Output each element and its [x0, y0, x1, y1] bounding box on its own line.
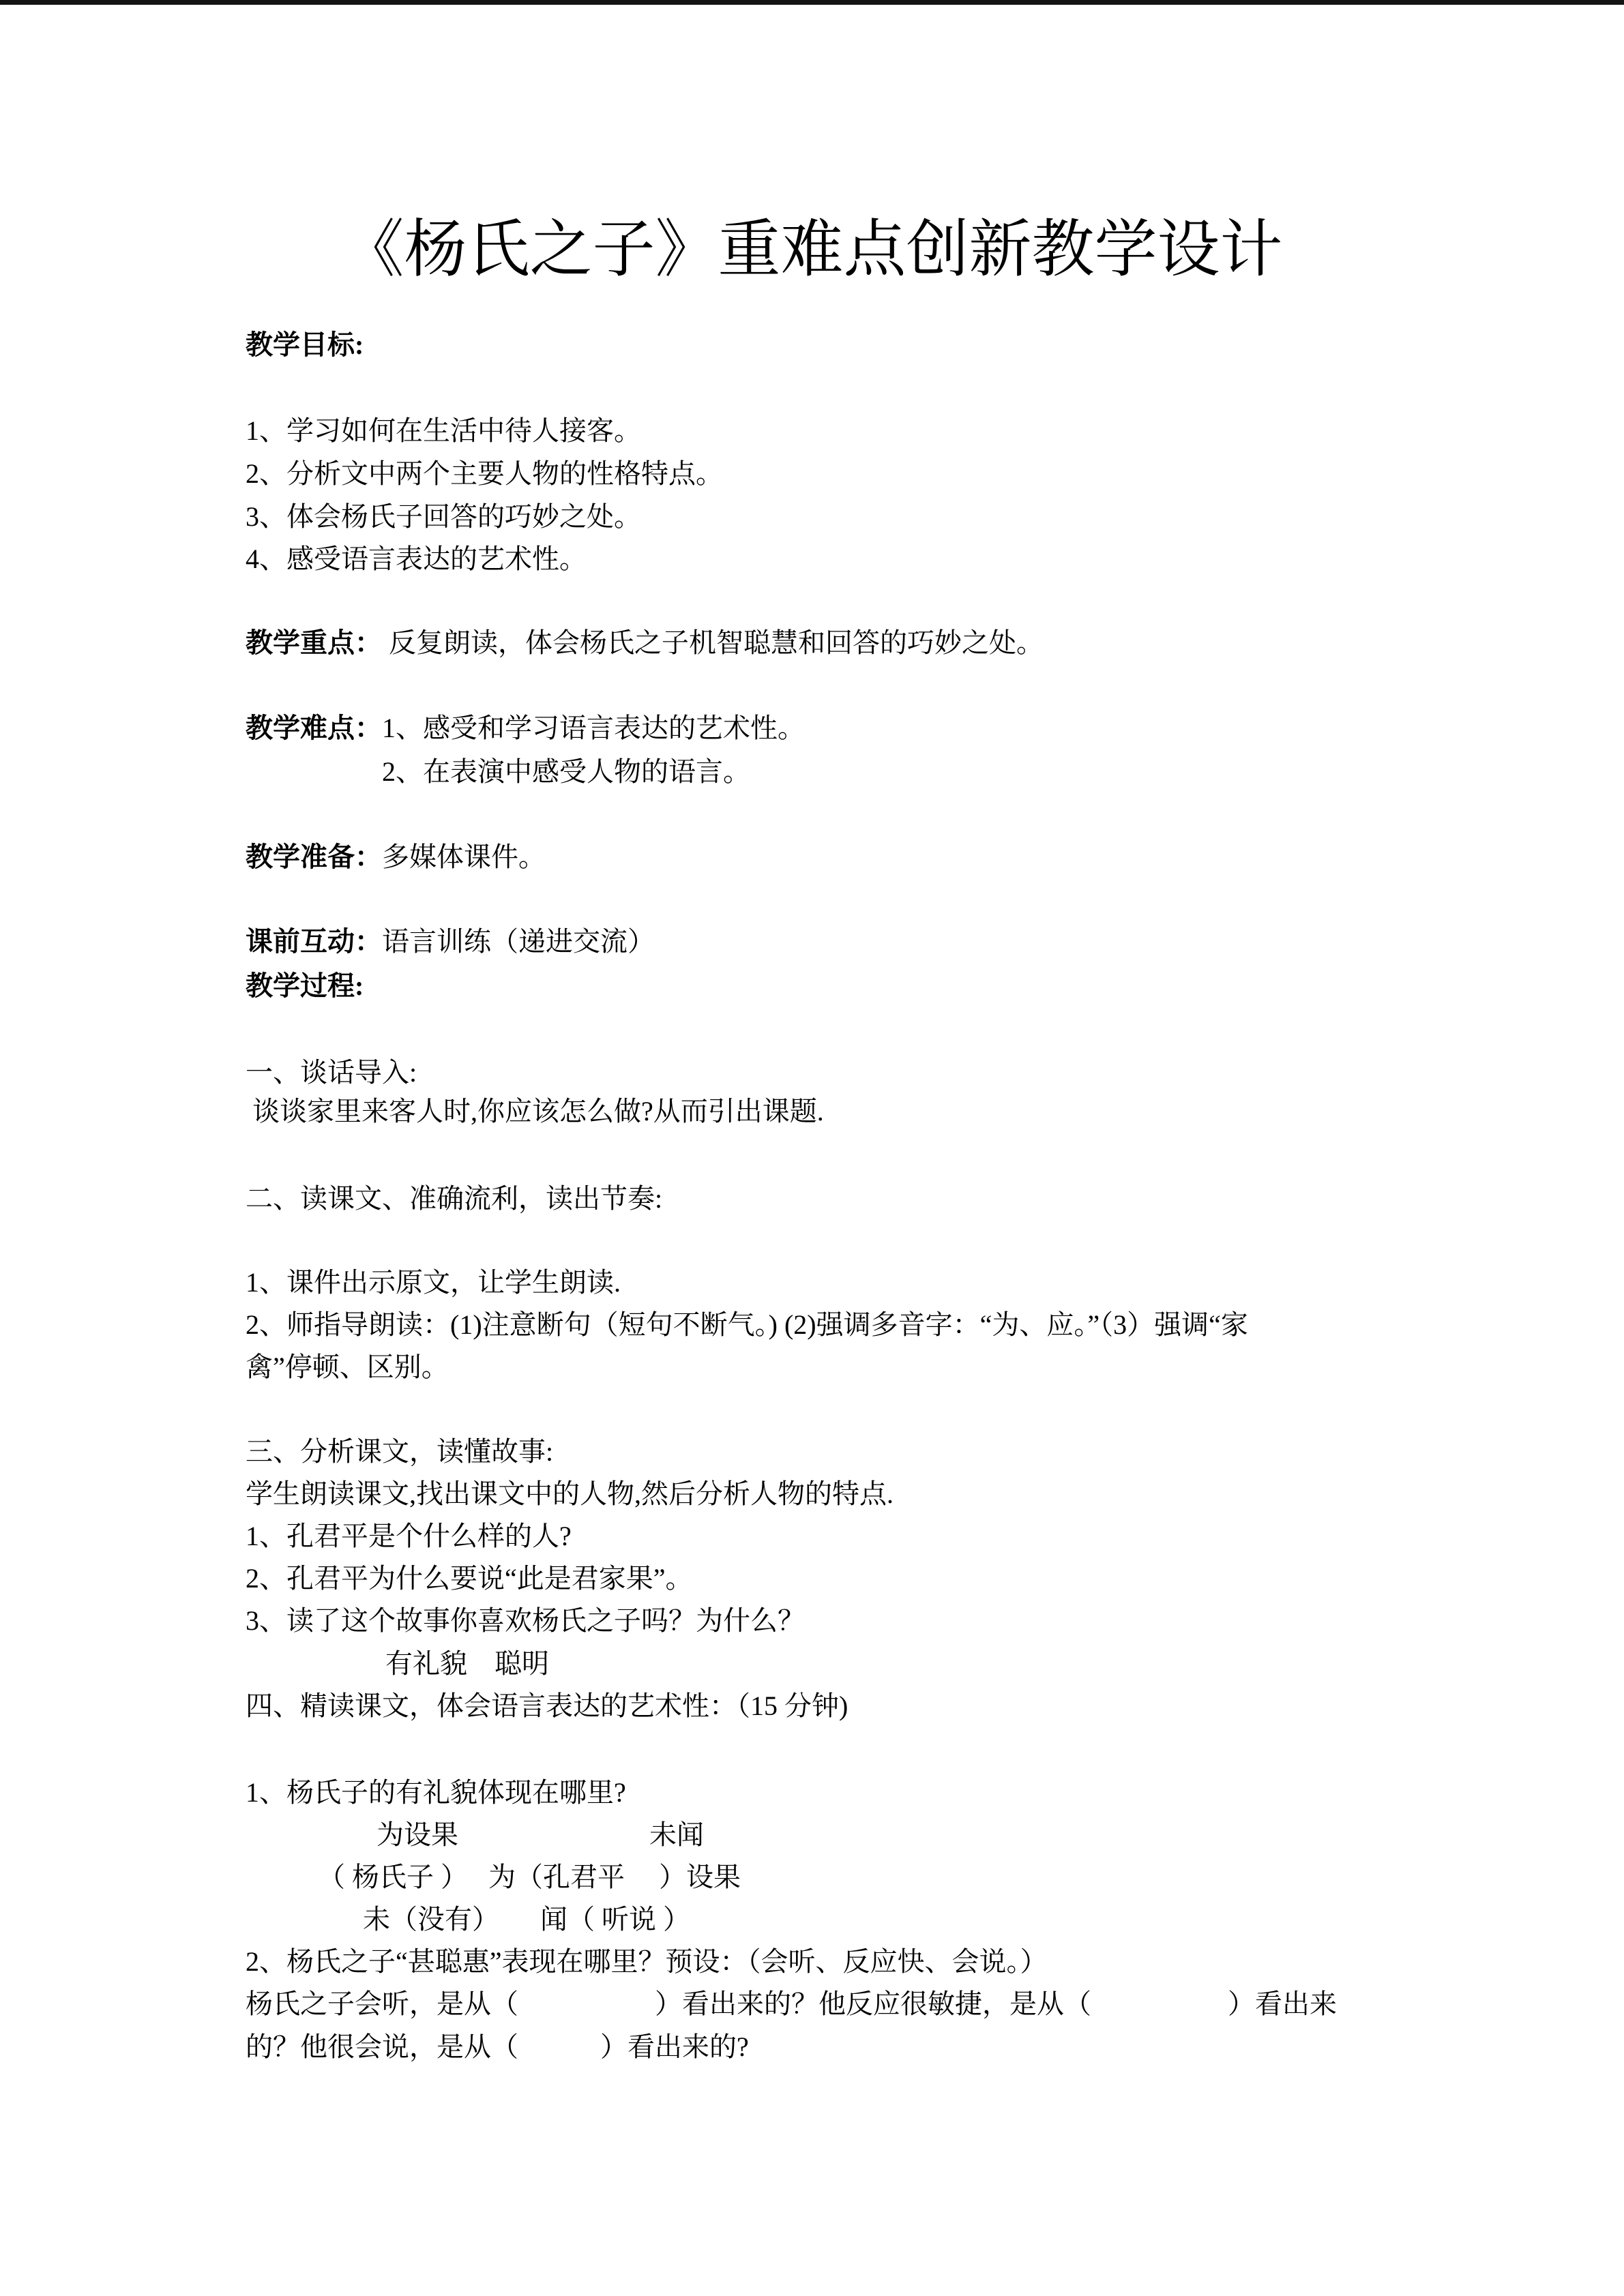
- section4-question-2-line-1: 2、杨氏之子“甚聪惠”表现在哪里？预设：（会听、反应快、会说。）: [246, 1945, 1048, 1979]
- section2-item-2-line-1: 2、师指导朗读：(1)注意断句（短句不断气。) (2)强调多音字：“为、应。”（…: [246, 1308, 1248, 1342]
- section3-text: 学生朗读课文,找出课文中的人物,然后分析人物的特点.: [246, 1477, 894, 1511]
- section1-text: 谈谈家里来客人时,你应该怎么做?从而引出课题.: [246, 1094, 824, 1129]
- difficulties-line-1: 教学难点：1、感受和学习语言表达的艺术性。: [246, 711, 805, 745]
- section4-analysis-2: （ 杨氏子 ） 为（孔君平 ）设果: [318, 1860, 741, 1894]
- pre-class-line: 课前互动：语言训练（递进交流）: [246, 925, 655, 959]
- section4-question-2-line-2: 杨氏之子会听，是从（ ）看出来的？他反应很敏捷，是从（ ）看出来: [246, 1987, 1337, 2021]
- pre-class-label: 课前互动：: [246, 926, 382, 957]
- key-points-line: 教学重点： 反复朗读，体会杨氏之子机智聪慧和回答的巧妙之处。: [246, 626, 1044, 660]
- objective-item-1: 1、学习如何在生活中待人接客。: [246, 414, 641, 448]
- top-border: [0, 0, 1624, 5]
- section2-item-1: 1、课件出示原文，让学生朗读.: [246, 1266, 621, 1300]
- preparation-line: 教学准备：多媒体课件。: [246, 840, 546, 874]
- difficulties-item-1: 1、感受和学习语言表达的艺术性。: [382, 713, 805, 743]
- key-points-label: 教学重点：: [246, 627, 382, 658]
- section3-question-1: 1、孔君平是个什么样的人?: [246, 1519, 572, 1553]
- pre-class-text: 语言训练（递进交流）: [382, 926, 655, 957]
- section2-item-2-line-2: 禽”停顿、区别。: [246, 1350, 449, 1384]
- objective-item-3: 3、体会杨氏子回答的巧妙之处。: [246, 500, 641, 534]
- document-page: 《杨氏之子》重难点创新教学设计 教学目标: 1、学习如何在生活中待人接客。 2、…: [0, 0, 1624, 2296]
- section4-question-2-line-3: 的？他很会说，是从（ ）看出来的?: [246, 2030, 749, 2064]
- section4-analysis-1: 为设果 未闻: [377, 1818, 704, 1852]
- objective-item-2: 2、分析文中两个主要人物的性格特点。: [246, 457, 723, 491]
- objective-item-4: 4、感受语言表达的艺术性。: [246, 542, 587, 576]
- preparation-label: 教学准备：: [246, 841, 382, 872]
- section3-answer: 有礼貌 聪明: [385, 1647, 549, 1681]
- section4-analysis-3: 未（没有） 闻（ 听说 ）: [363, 1903, 690, 1937]
- objectives-heading: 教学目标:: [246, 328, 364, 362]
- section4-question-1: 1、杨氏子的有礼貌体现在哪里?: [246, 1776, 626, 1810]
- difficulties-item-2: 2、在表演中感受人物的语言。: [382, 755, 750, 789]
- key-points-text: 反复朗读，体会杨氏之子机智聪慧和回答的巧妙之处。: [382, 627, 1044, 658]
- section1-title: 一、谈话导入:: [246, 1056, 417, 1090]
- section3-question-3: 3、读了这个故事你喜欢杨氏之子吗？为什么？: [246, 1604, 805, 1638]
- section2-title: 二、读课文、准确流利，读出节奏:: [246, 1182, 662, 1216]
- section3-title: 三、分析课文，读懂故事:: [246, 1435, 553, 1469]
- section3-question-2: 2、孔君平为什么要说“此是君家果”。: [246, 1562, 693, 1596]
- preparation-text: 多媒体课件。: [382, 841, 546, 872]
- section4-title: 四、精读课文，体会语言表达的艺术性：（15 分钟): [246, 1689, 848, 1723]
- document-title: 《杨氏之子》重难点创新教学设计: [0, 199, 1624, 289]
- process-heading: 教学过程:: [246, 969, 364, 1003]
- difficulties-label: 教学难点：: [246, 713, 382, 743]
